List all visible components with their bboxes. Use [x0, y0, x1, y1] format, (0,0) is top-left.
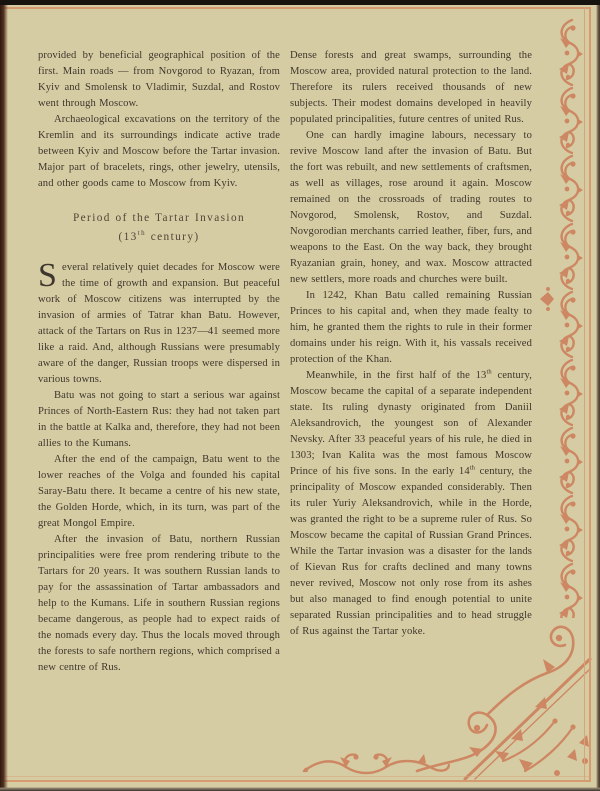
superscript: th [138, 229, 146, 237]
paragraph: Batu was not going to start a serious wa… [38, 388, 280, 452]
paragraph: Dense forests and great swamps, surround… [290, 48, 532, 128]
border-frame-top [0, 7, 591, 13]
border-frame-right [584, 7, 591, 782]
section-heading-line2: (13th century) [38, 228, 280, 247]
floral-accent-icon [538, 286, 556, 312]
paragraph: provided by beneficial geographical posi… [38, 48, 280, 112]
paragraph: In 1242, Khan Batu called remaining Russ… [290, 288, 532, 368]
drop-cap: S [38, 260, 62, 289]
floral-border-right-icon [550, 18, 584, 618]
paragraph: Archaeological excavations on the territ… [38, 112, 280, 192]
paragraph: After the invasion of Batu, northern Rus… [38, 532, 280, 676]
text-column-left: provided by beneficial geographical posi… [38, 48, 280, 754]
page-right-edge [596, 0, 600, 791]
top-edge-bar [0, 0, 600, 5]
paragraph: One can hardly imagine labours, necessar… [290, 128, 532, 288]
section-heading-line1: Period of the Tartar Invasion [38, 209, 280, 228]
book-page: provided by beneficial geographical posi… [0, 0, 600, 791]
page-bottom-edge [0, 787, 600, 791]
paragraph-dropcap: Several relatively quiet decades for Mos… [38, 260, 280, 388]
floral-corner-ornament-icon [407, 611, 592, 781]
border-frame-bottom [0, 776, 591, 782]
paragraph: After the end of the campaign, Batu went… [38, 452, 280, 532]
paragraph: Meanwhile, in the first half of the 13th… [290, 368, 532, 640]
book-spine-edge [0, 0, 8, 791]
section-heading: Period of the Tartar Invasion (13th cent… [38, 209, 280, 247]
